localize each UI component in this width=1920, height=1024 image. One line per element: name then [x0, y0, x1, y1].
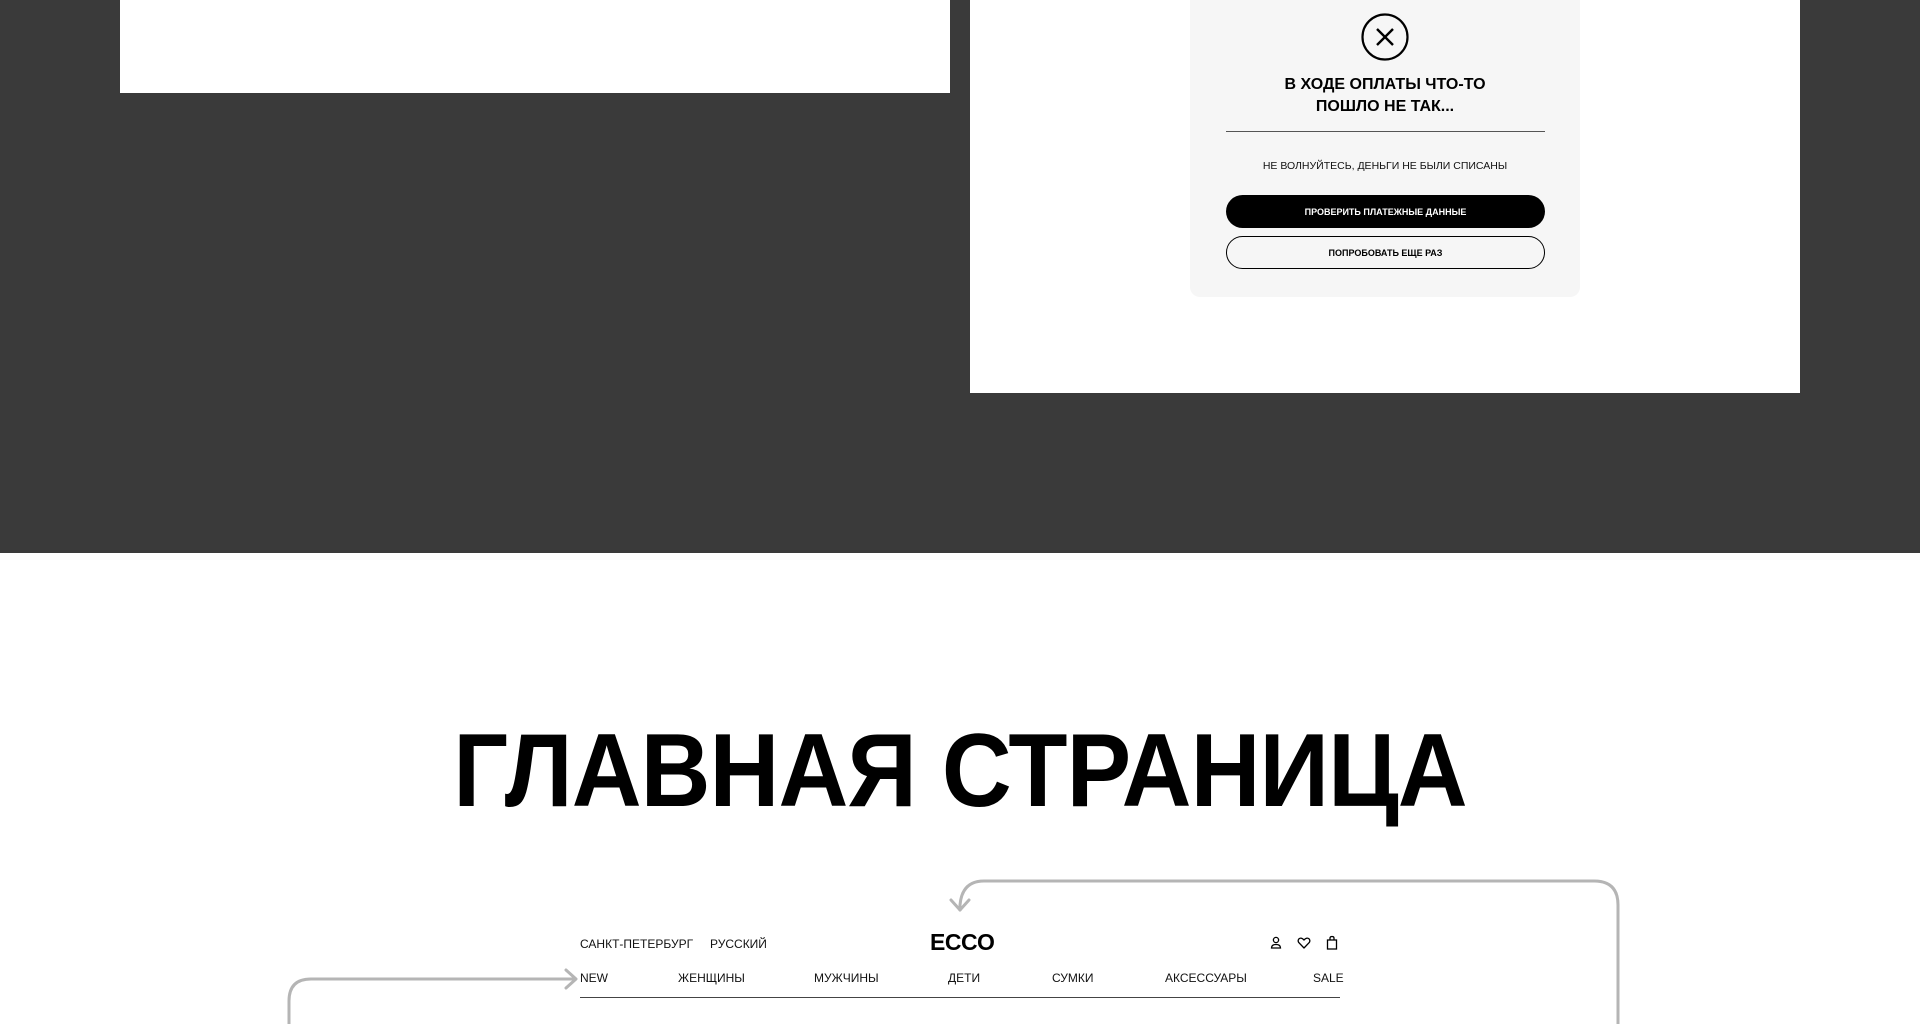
nav-item-new[interactable]: NEW [580, 971, 608, 985]
connector-arrowhead-logo [951, 900, 969, 910]
error-divider [1226, 131, 1545, 132]
nav-item-kids[interactable]: ДЕТИ [948, 971, 980, 985]
error-title-line-2: ПОШЛО НЕ ТАК... [1190, 96, 1580, 118]
error-title-line-1: В ХОДЕ ОПЛАТЫ ЧТО-ТО [1190, 74, 1580, 96]
main-nav: NEW ЖЕНЩИНЫ МУЖЧИНЫ ДЕТИ СУМКИ АКСЕССУАР… [580, 971, 1340, 987]
nav-item-sale[interactable]: SALE [1313, 971, 1344, 985]
nav-item-women[interactable]: ЖЕНЩИНЫ [678, 971, 745, 985]
nav-item-accessories[interactable]: АКСЕССУАРЫ [1165, 971, 1247, 985]
nav-item-men[interactable]: МУЖЧИНЫ [814, 971, 879, 985]
language-selector[interactable]: РУССКИЙ [710, 937, 767, 951]
connector-arrowhead-nav [566, 970, 576, 988]
error-note: НЕ ВОЛНУЙТЕСЬ, ДЕНЬГИ НЕ БЫЛИ СПИСАНЫ [1190, 160, 1580, 172]
ecco-logo[interactable]: ECCO [930, 929, 990, 956]
section-title: ГЛАВНАЯ СТРАНИЦА [67, 716, 1853, 826]
error-title: В ХОДЕ ОПЛАТЫ ЧТО-ТО ПОШЛО НЕ ТАК... [1190, 74, 1580, 118]
close-circle-icon [1361, 13, 1409, 61]
check-payment-details-button[interactable]: ПРОВЕРИТЬ ПЛАТЕЖНЫЕ ДАННЫЕ [1226, 195, 1545, 228]
bag-icon[interactable] [1325, 935, 1339, 951]
connector-arrow-to-nav [289, 979, 575, 1024]
city-selector[interactable]: САНКТ-ПЕТЕРБУРГ [580, 937, 693, 951]
connector-arrow-to-logo [960, 881, 1618, 1024]
nav-item-bags[interactable]: СУМКИ [1052, 971, 1094, 985]
try-again-button[interactable]: ПОПРОБОВАТЬ ЕЩЕ РАЗ [1226, 236, 1545, 269]
user-icon[interactable] [1269, 935, 1283, 951]
nav-divider [580, 997, 1340, 998]
heart-icon[interactable] [1297, 935, 1311, 951]
screen-frame-left [120, 0, 950, 93]
